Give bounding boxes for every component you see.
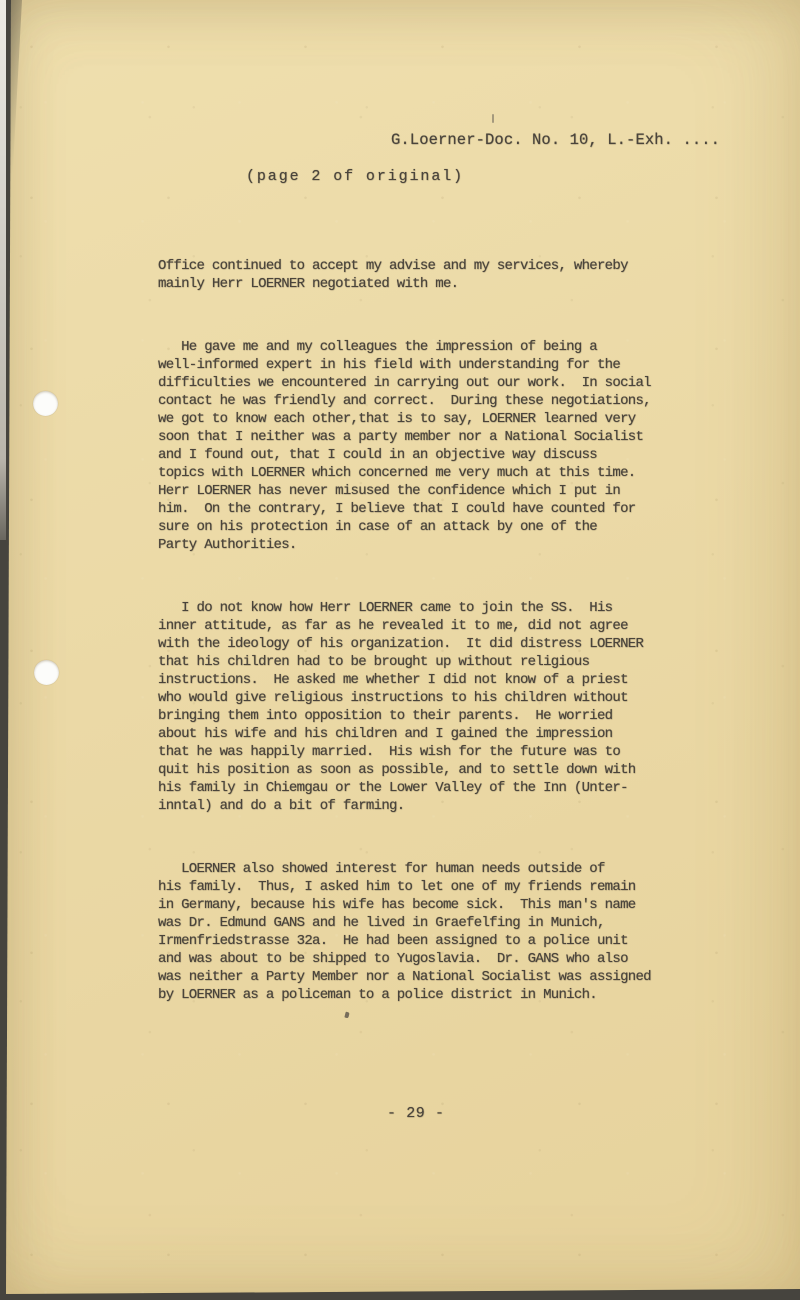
paragraph: LOERNER also showed interest for human n… xyxy=(158,860,678,1004)
scan-edge-backing xyxy=(0,0,6,540)
affidavit-body-text: Office continued to accept my advise and… xyxy=(158,221,678,1040)
paragraph: He gave me and my colleagues the impress… xyxy=(158,338,678,554)
paper-corner-shadow xyxy=(6,0,22,210)
original-page-note: (page 2 of original) xyxy=(246,168,464,185)
paper-sheet: G.Loerner-Doc. No. 10, L.-Exh. .... (pag… xyxy=(0,0,800,1300)
page-number: - 29 - xyxy=(387,1105,445,1122)
document-reference-line: G.Loerner-Doc. No. 10, L.-Exh. .... xyxy=(391,131,720,149)
punch-hole-top xyxy=(33,391,58,416)
punch-hole-bottom xyxy=(34,660,59,685)
stray-ink-mark xyxy=(492,114,494,123)
paragraph: I do not know how Herr LOERNER came to j… xyxy=(158,599,678,815)
paragraph: Office continued to accept my advise and… xyxy=(158,257,678,293)
